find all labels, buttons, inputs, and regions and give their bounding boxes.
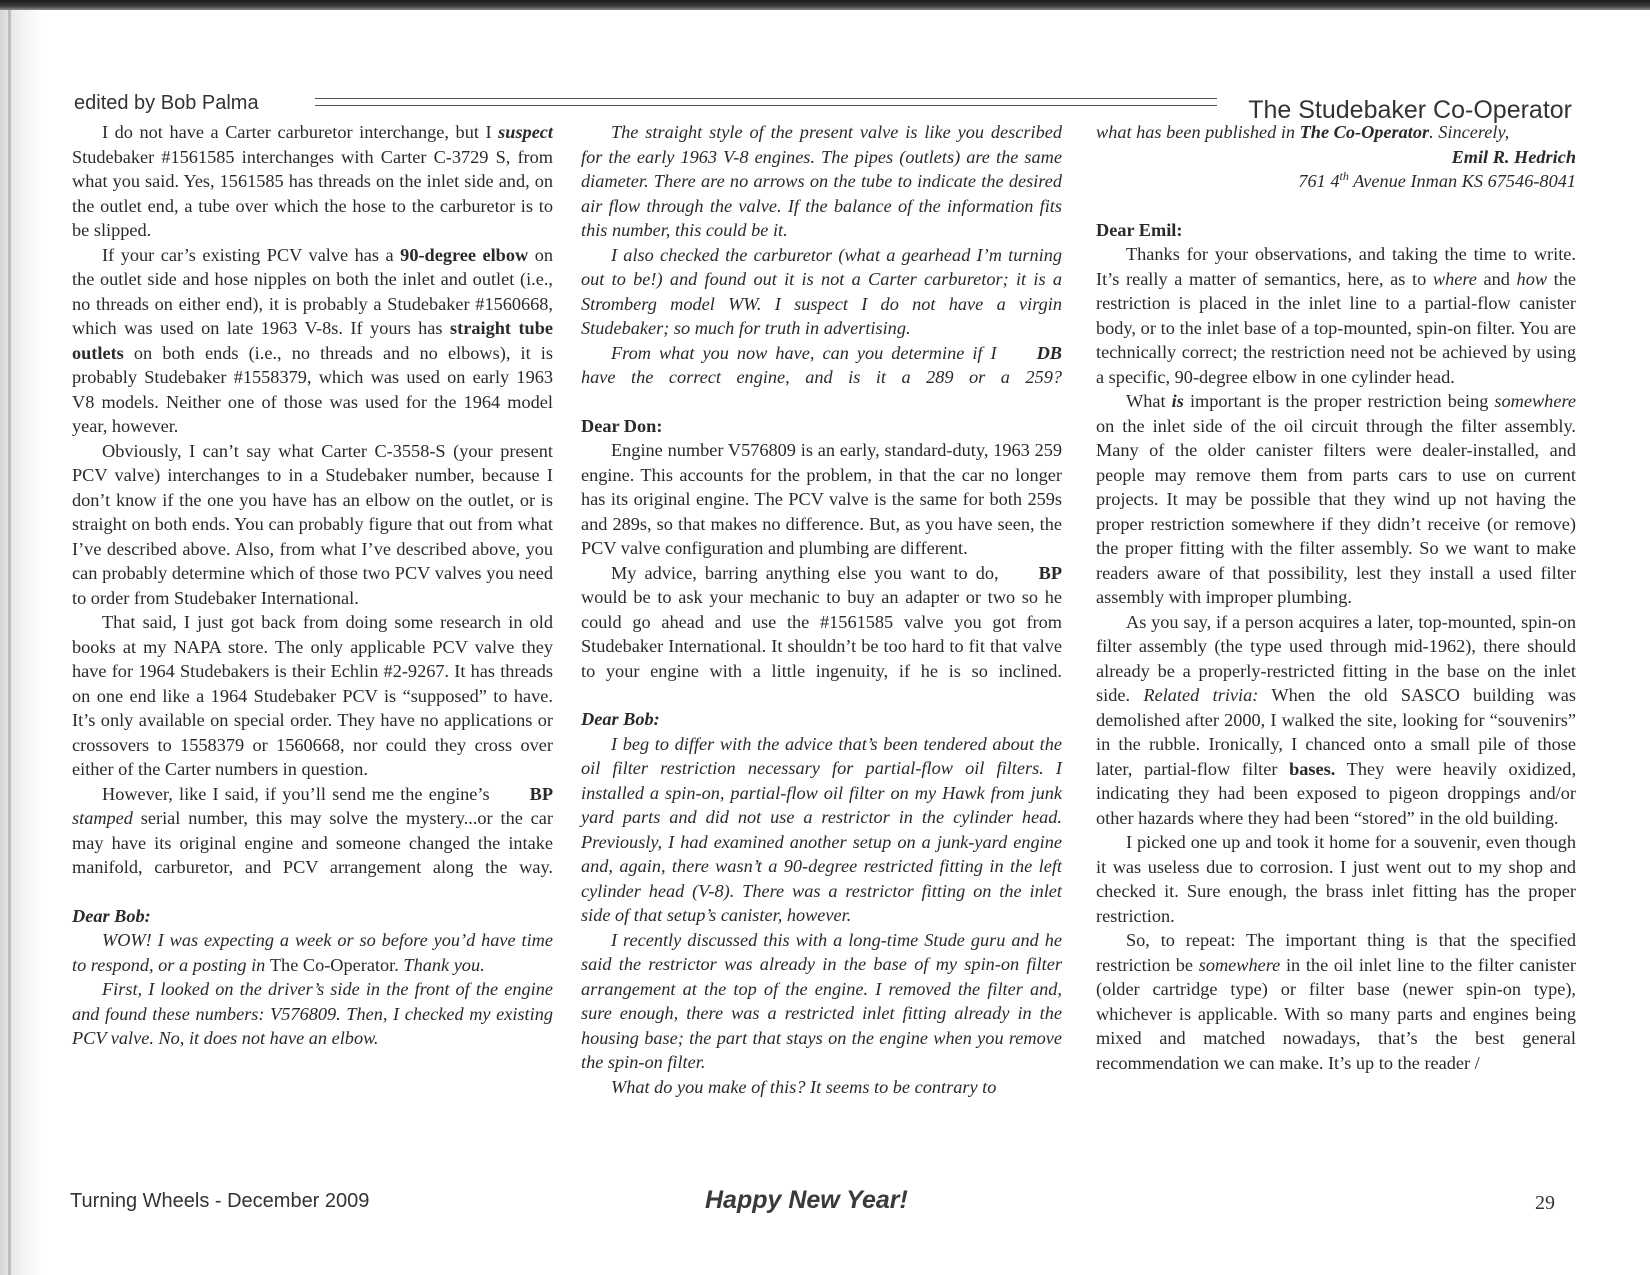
text-run: suspect <box>498 122 553 142</box>
text-run: th <box>1340 169 1349 183</box>
text-run: Thank you. <box>399 955 485 975</box>
text-run: Dear Bob: <box>72 906 151 926</box>
text-run: and <box>1477 269 1517 289</box>
letter-salutation: Dear Don: <box>581 414 1062 439</box>
paragraph: The straight style of the present valve … <box>581 120 1062 243</box>
scan-edge-shadow <box>0 0 1650 10</box>
text-run: on the inlet side of the oil circuit thr… <box>1096 416 1576 608</box>
text-column-1: I do not have a Carter carburetor interc… <box>72 120 553 1051</box>
text-run: 761 4 <box>1298 171 1339 191</box>
paragraph: I picked one up and took it home for a s… <box>1096 830 1576 928</box>
paragraph: Engine number V576809 is an early, stand… <box>581 438 1062 561</box>
paragraph: What is important is the proper restrict… <box>1096 389 1576 610</box>
text-run: Obviously, I can’t say what Carter C-355… <box>72 441 553 608</box>
paragraph: BPMy advice, barring anything else you w… <box>581 561 1062 684</box>
paragraph: DBFrom what you now have, can you determ… <box>581 341 1062 390</box>
text-run: Emil R. Hedrich <box>1452 147 1576 167</box>
paragraph: I recently discussed this with a long-ti… <box>581 928 1062 1075</box>
text-run: where <box>1433 269 1477 289</box>
paragraph: Obviously, I can’t say what Carter C-355… <box>72 439 553 611</box>
text-run: Dear Emil: <box>1096 220 1182 240</box>
paragraph: Thanks for your observations, and taking… <box>1096 242 1576 389</box>
text-run: I also checked the carburetor (what a ge… <box>581 245 1062 339</box>
text-run: That said, I just got back from doing so… <box>72 612 553 779</box>
text-run: serial number, this may solve the myster… <box>72 808 553 877</box>
reply-signature-initials: DB <box>1007 341 1062 366</box>
text-column-3: what has been published in The Co-Operat… <box>1096 120 1576 1075</box>
column-editor-credit: edited by Bob Palma <box>74 92 259 115</box>
text-run: I recently discussed this with a long-ti… <box>581 930 1062 1073</box>
text-run: important is the proper restriction bein… <box>1184 391 1495 411</box>
text-run: 90-degree elbow <box>400 245 528 265</box>
paragraph: So, to repeat: The important thing is th… <box>1096 928 1576 1075</box>
text-run: on both ends (i.e., no threads and no el… <box>72 343 553 437</box>
reply-signature-initials: BP <box>1009 561 1062 586</box>
paragraph: what has been published in The Co-Operat… <box>1096 120 1576 145</box>
paragraph: BPHowever, like I said, if you’ll send m… <box>72 782 553 880</box>
paragraph: 761 4th Avenue Inman KS 67546-8041 <box>1096 169 1576 194</box>
text-run: Engine number V576809 is an early, stand… <box>581 440 1062 558</box>
text-run: First, I looked on the driver’s side in … <box>72 979 553 1048</box>
text-run: However, like I said, if you’ll send me … <box>102 784 490 804</box>
holiday-greeting: Happy New Year! <box>705 1186 908 1215</box>
paragraph: As you say, if a person acquires a later… <box>1096 610 1576 831</box>
text-run: I beg to differ with the advice that’s b… <box>581 734 1062 926</box>
paragraph: If your car’s existing PCV valve has a 9… <box>72 243 553 439</box>
text-run: I picked one up and took it home for a s… <box>1096 832 1576 926</box>
text-run: Avenue Inman KS 67546-8041 <box>1349 171 1576 191</box>
letter-salutation: Dear Bob: <box>581 707 1062 732</box>
text-run: Studebaker #1561585 interchanges with Ca… <box>72 147 553 241</box>
page-number: 29 <box>1535 1192 1555 1215</box>
paragraph: I also checked the carburetor (what a ge… <box>581 243 1062 341</box>
paragraph: First, I looked on the driver’s side in … <box>72 977 553 1051</box>
scan-gutter-shadow <box>0 10 44 1275</box>
text-run: bases. <box>1289 759 1335 779</box>
text-run: how <box>1517 269 1547 289</box>
paragraph: I beg to differ with the advice that’s b… <box>581 732 1062 928</box>
publication-issue: Turning Wheels - December 2009 <box>70 1190 369 1213</box>
paragraph: Emil R. Hedrich <box>1096 145 1576 170</box>
text-run: Dear Bob <box>581 709 654 729</box>
text-run: . Sincerely, <box>1429 122 1509 142</box>
text-run: The Co-Operator. <box>270 955 399 975</box>
text-run: The straight style of the present valve … <box>581 122 1062 240</box>
header-double-rule <box>315 98 1217 106</box>
text-run: If your car’s existing PCV valve has a <box>102 245 400 265</box>
text-run: What <box>1126 391 1172 411</box>
text-run: What do you make of this? It seems to be… <box>611 1077 996 1097</box>
text-run: : <box>654 709 660 729</box>
text-run: Dear Don: <box>581 416 662 436</box>
reply-signature-initials: BP <box>500 782 553 807</box>
paragraph: WOW! I was expecting a week or so before… <box>72 928 553 977</box>
text-run: what has been published in <box>1096 122 1300 142</box>
paragraph: I do not have a Carter carburetor interc… <box>72 120 553 243</box>
letter-salutation: Dear Emil: <box>1096 218 1576 243</box>
text-run: is <box>1172 391 1184 411</box>
text-run: My advice, barring anything else you wan… <box>581 563 1062 681</box>
text-run: stamped <box>72 808 133 828</box>
text-run: somewhere <box>1199 955 1281 975</box>
text-run: The Co-Operator <box>1300 122 1430 142</box>
letter-salutation: Dear Bob: <box>72 904 553 929</box>
text-run: somewhere <box>1494 391 1576 411</box>
text-run: I do not have a Carter carburetor interc… <box>102 122 498 142</box>
paragraph: What do you make of this? It seems to be… <box>581 1075 1062 1100</box>
paragraph: That said, I just got back from doing so… <box>72 610 553 782</box>
text-column-2: The straight style of the present valve … <box>581 120 1062 1099</box>
text-run: Related trivia: <box>1143 685 1258 705</box>
text-run: From what you now have, can you determin… <box>581 343 1062 388</box>
